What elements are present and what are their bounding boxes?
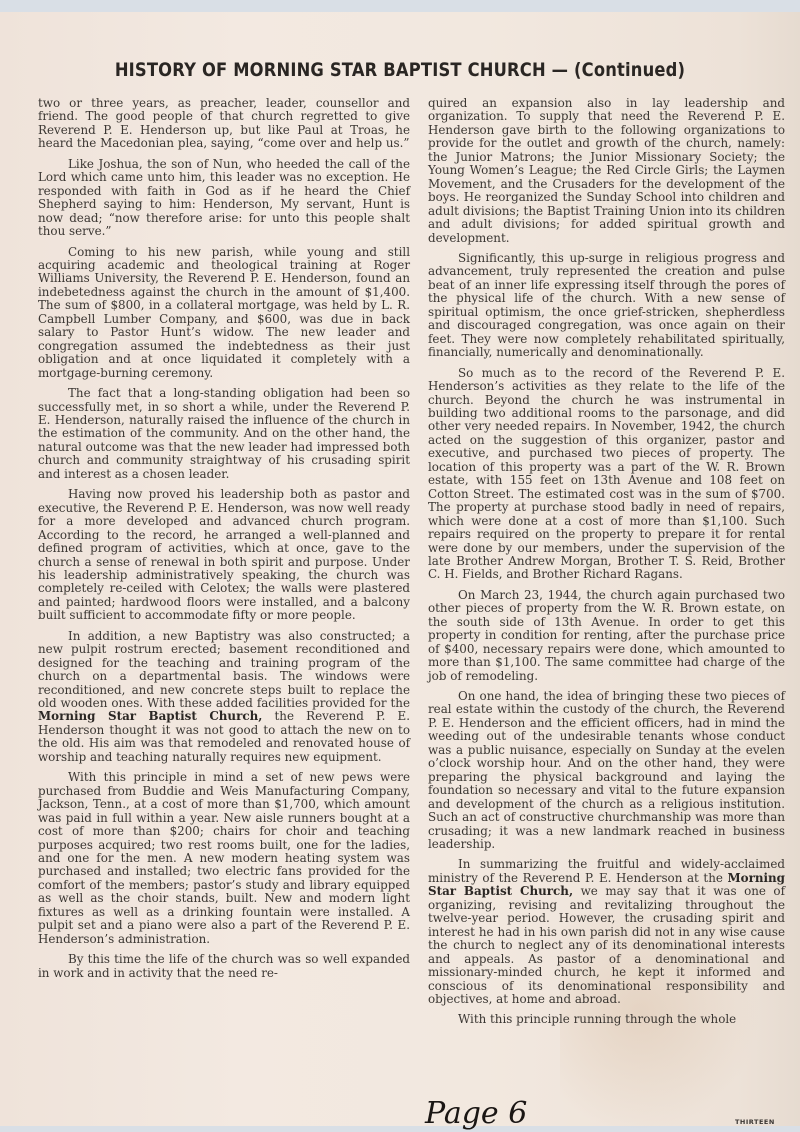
paragraph: Having now proved his leadership both as… xyxy=(38,488,410,623)
paragraph: By this time the life of the church was … xyxy=(38,953,410,980)
church-name-bold: Morning Star Baptist Church, xyxy=(38,709,262,723)
paragraph: On one hand, the idea of bringing these … xyxy=(428,690,785,851)
paragraph: With this principle running through the … xyxy=(428,1013,785,1026)
paragraph: In summarizing the fruitful and widely-a… xyxy=(428,858,785,1006)
paragraph: Coming to his new parish, while young an… xyxy=(38,246,410,381)
church-name-bold: Morning Star Baptist Church, xyxy=(428,871,785,898)
paragraph: So much as to the record of the Reverend… xyxy=(428,367,785,582)
paragraph: On March 23, 1944, the church again purc… xyxy=(428,589,785,683)
paragraph: The fact that a long-standing obligation… xyxy=(38,387,410,481)
paragraph: With this principle in mind a set of new… xyxy=(38,771,410,946)
paragraph: Significantly, this up-surge in religiou… xyxy=(428,252,785,360)
right-column: quired an expansion also in lay leadersh… xyxy=(428,97,785,1034)
page-label: Page 6 xyxy=(425,1096,527,1126)
left-column: two or three years, as preacher, leader,… xyxy=(38,97,410,987)
paragraph: In addition, a new Baptistry was also co… xyxy=(38,630,410,765)
folio-number: THIRTEEN xyxy=(735,1118,775,1126)
paragraph: quired an expansion also in lay leadersh… xyxy=(428,97,785,245)
paragraph: Like Joshua, the son of Nun, who heeded … xyxy=(38,158,410,239)
page-title: HISTORY OF MORNING STAR BAPTIST CHURCH —… xyxy=(56,59,744,81)
paragraph: two or three years, as preacher, leader,… xyxy=(38,97,410,151)
document-page: HISTORY OF MORNING STAR BAPTIST CHURCH —… xyxy=(0,12,800,1126)
